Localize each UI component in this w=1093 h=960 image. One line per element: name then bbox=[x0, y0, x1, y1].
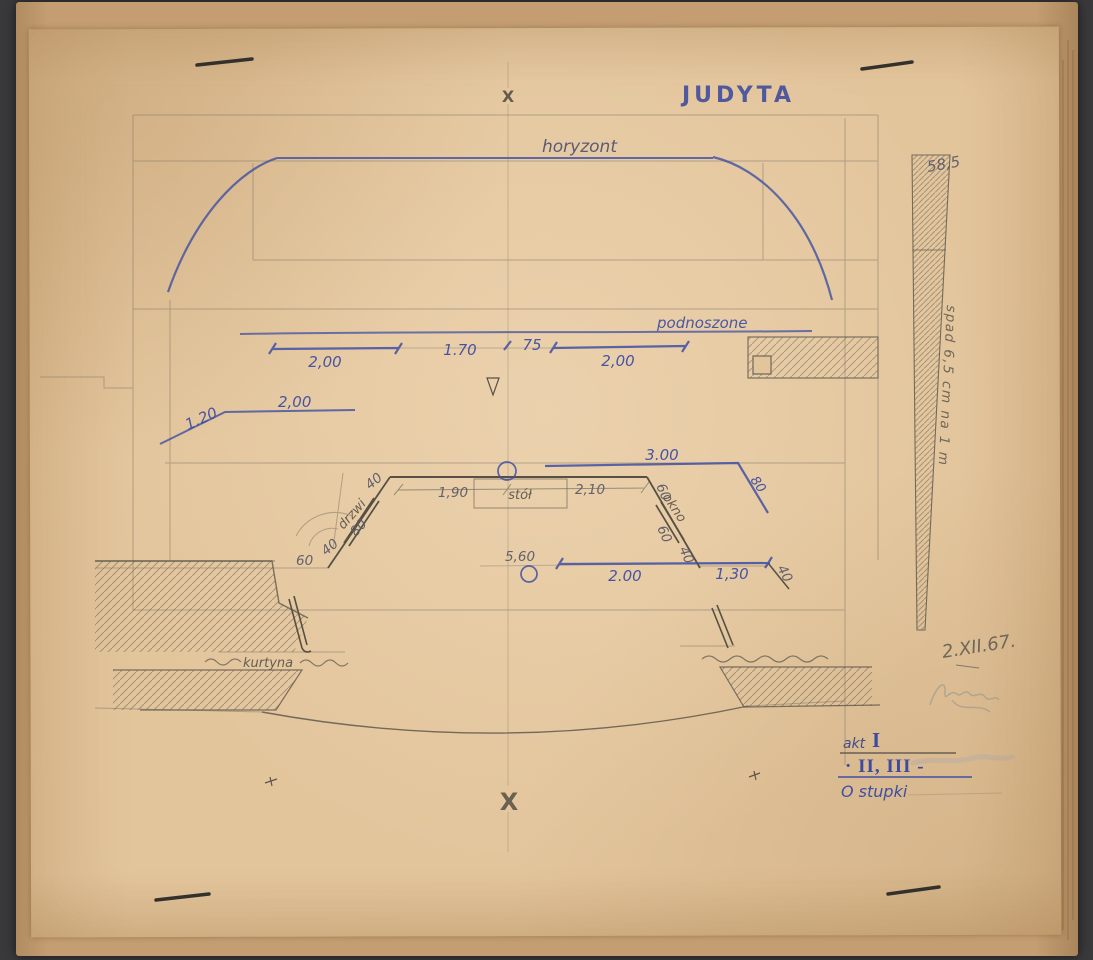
dim-left-wall-bottom: 40 bbox=[318, 536, 341, 559]
page-title: JUDYTA bbox=[680, 83, 795, 108]
center-mark-top: X bbox=[502, 87, 515, 106]
angle-arcs bbox=[296, 473, 352, 549]
dim-floor-left: 60 bbox=[296, 553, 313, 569]
notes-faint-line bbox=[908, 793, 1002, 795]
dim-table-left: 1,90 bbox=[438, 485, 468, 501]
left-apron-hatch bbox=[113, 670, 302, 710]
dim-right-wall-lower: 60 bbox=[653, 523, 675, 545]
staple-top-left bbox=[197, 59, 252, 65]
hatched-shapes bbox=[95, 155, 950, 710]
lower-circle-marker bbox=[521, 566, 537, 582]
label-kurtyna: kurtyna bbox=[243, 656, 293, 671]
note-date: 2.XII.67. bbox=[940, 631, 1017, 663]
staple-top-right bbox=[862, 62, 912, 69]
dim-backdrop-width: 3.00 bbox=[645, 446, 678, 464]
horyzont-curve-right bbox=[713, 157, 832, 300]
apron-arc bbox=[262, 706, 748, 733]
arrow-v-mark bbox=[487, 378, 499, 395]
dim-front-left: 2.00 bbox=[608, 567, 641, 585]
backing-edge-texture bbox=[1063, 40, 1073, 940]
plus-mark-right bbox=[749, 771, 760, 780]
text-layer: JUDYTA X X horyzont podnoszone kurtyna s… bbox=[182, 83, 1017, 816]
right-apron-hatch bbox=[720, 667, 872, 707]
dim-front-end: 40 bbox=[773, 562, 795, 585]
dim-podium-center-left: 1.70 bbox=[443, 341, 476, 359]
dim-podium-right: 2,00 bbox=[601, 352, 634, 370]
note-acts: · II, III - bbox=[845, 756, 925, 777]
center-mark-bottom: X bbox=[500, 788, 519, 816]
staple-bottom-left bbox=[156, 894, 209, 900]
label-horyzont: horyzont bbox=[542, 137, 618, 157]
note-act-numeral: I bbox=[872, 728, 880, 752]
label-podnoszone: podnoszone bbox=[656, 314, 748, 332]
dim-podium-center-right: 75 bbox=[522, 336, 541, 354]
erased-note-smudge bbox=[913, 757, 1012, 763]
dim-backdrop-return: 80 bbox=[747, 474, 769, 496]
date-roman-underline bbox=[956, 665, 979, 668]
dim-podium-left: 2,00 bbox=[308, 353, 341, 371]
label-stol: stół bbox=[508, 488, 533, 503]
horyzont-curve-left bbox=[168, 158, 277, 292]
right-door-lower-flat bbox=[712, 605, 733, 648]
note-stopki: O stupki bbox=[841, 782, 908, 801]
kurtyna-wavy-right bbox=[702, 656, 828, 662]
plus-mark-left bbox=[265, 777, 277, 786]
dim-ramp-diagonal: 1.20 bbox=[182, 404, 220, 434]
note-act-word: akt bbox=[843, 736, 866, 752]
staple-bottom-right bbox=[888, 887, 939, 894]
upper-right-small-square bbox=[753, 356, 771, 374]
dim-table-right: 2,10 bbox=[575, 482, 605, 498]
construction-lines bbox=[40, 62, 1002, 852]
dim-stage-width: 5,60 bbox=[505, 549, 535, 565]
podium-dim-pencil bbox=[398, 348, 768, 566]
dim-ramp-horizontal: 2,00 bbox=[278, 393, 311, 411]
backing-edge-lines bbox=[1063, 40, 1073, 940]
left-wing-hatch bbox=[95, 561, 308, 652]
dim-front-right: 1,30 bbox=[715, 565, 748, 583]
signature-scribble bbox=[930, 685, 999, 712]
drawing-svg: JUDYTA X X horyzont podnoszone kurtyna s… bbox=[0, 0, 1093, 960]
